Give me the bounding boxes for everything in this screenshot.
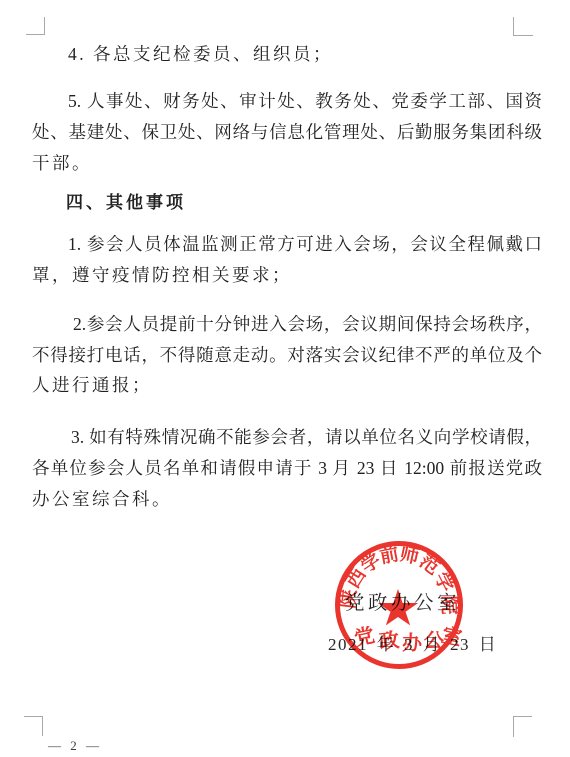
seal-arc-char: 师 [398, 539, 422, 569]
document-page: 4. 各总支纪检委员、组织员； 5. 人事处、财务处、审计处、教务处、党委学工部… [0, 0, 570, 757]
body-line-item-5: 5. 人事处、财务处、审计处、教务处、党委学工部、国资 [68, 90, 542, 112]
crop-mark-top-right [513, 17, 533, 36]
crop-mark-top-left [26, 17, 45, 35]
body-line-item-2: 2.参会人员提前十分钟进入会场，会议期间保持会场秩序， [73, 313, 542, 335]
body-line: 干部。 [32, 152, 92, 174]
body-line-item-3: 3. 如有特殊情况确不能参会者，请以单位名义向学校请假， [71, 426, 542, 448]
body-line: 不得接打电话，不得随意走动。对落实会议纪律不严的单位及个 [32, 344, 542, 366]
body-line: 办公室综合科。 [32, 488, 172, 510]
body-line-item-1: 1. 参会人员体温监测正常方可进入会场，会议全程佩戴口 [68, 233, 542, 255]
signature-department: 党政办公室 [345, 587, 460, 615]
body-line: 处、基建处、保卫处、网络与信息化管理处、后勤服务集团科级 [32, 121, 542, 143]
section-heading: 四、其他事项 [66, 192, 186, 214]
seal-arc-char: 学 [354, 545, 385, 578]
page-number: — 2 — [48, 738, 102, 754]
body-line: 人进行通报； [32, 374, 152, 396]
seal-arc-char: 范 [415, 547, 446, 580]
body-line: 罩，遵守疫情防控相关要求； [32, 264, 292, 286]
signature-date: 2021 年 3 月 23 日 [328, 630, 497, 655]
crop-mark-bottom-right [513, 716, 532, 737]
crop-mark-bottom-left [24, 716, 43, 736]
body-line-item-4: 4. 各总支纪检委员、组织员； [68, 43, 333, 65]
seal-arc-char: 前 [377, 539, 401, 569]
body-line: 各单位参会人员名单和请假申请于 3 月 23 日 12:00 前报送党政 [32, 457, 542, 479]
